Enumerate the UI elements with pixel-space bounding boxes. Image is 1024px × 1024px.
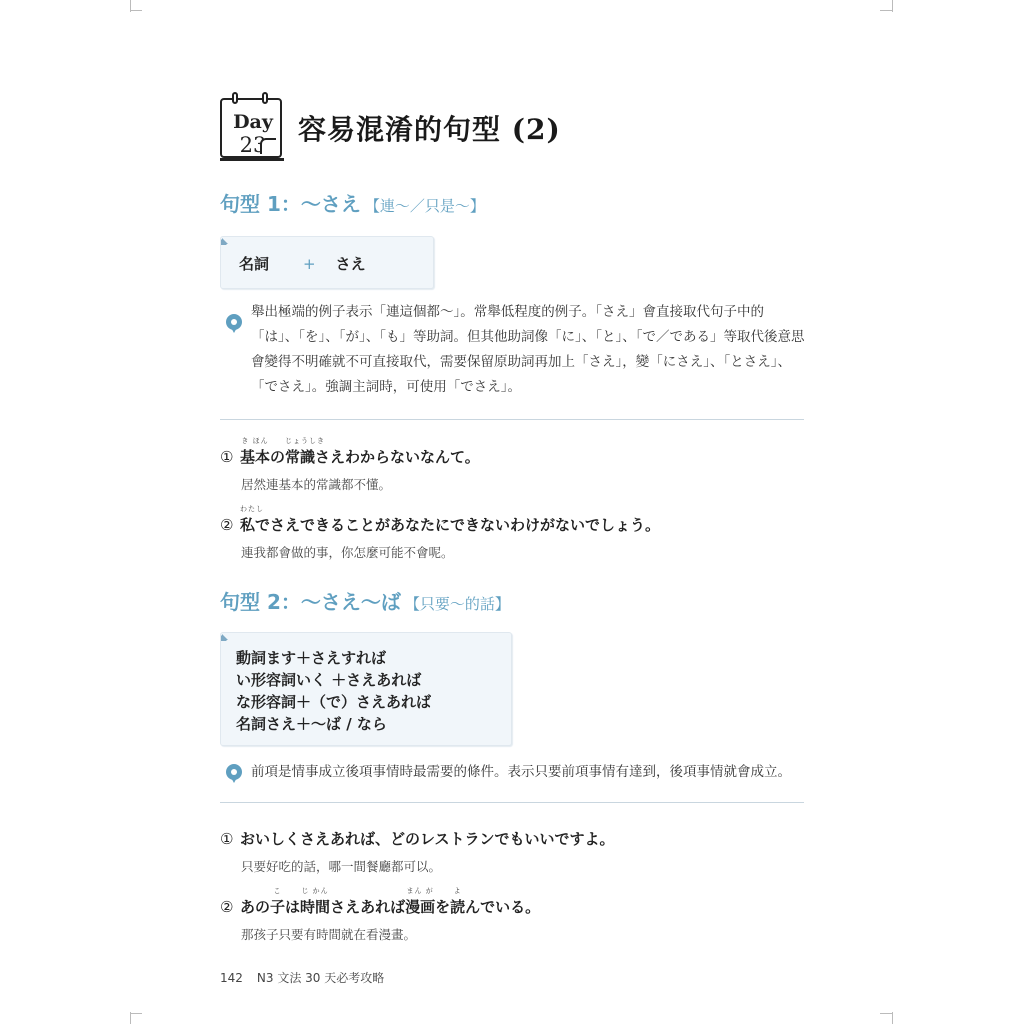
corner-triangle-icon <box>222 634 228 640</box>
ruby-word: 時間じ かん <box>300 896 330 917</box>
formula-right: さえ <box>336 255 366 273</box>
pattern-2-heading: 句型 2：～さえ～ば【只要～的話】 <box>220 586 510 615</box>
example-number: ② <box>220 516 240 534</box>
pattern-2-explanation: 前項是情事成立後項事情時最需要的條件。表示只要前項事情有達到，後項事情就會成立。 <box>251 760 811 785</box>
calendar-shadow <box>220 158 284 161</box>
day-calendar-badge: Day 23 <box>220 92 286 160</box>
crop-mark <box>880 10 892 11</box>
page-title: 容易混淆的句型 (2) <box>298 108 561 148</box>
ruby-word: 常識じょうしき <box>285 446 315 467</box>
crop-mark <box>892 0 905 12</box>
example-translation: 連我都會做的事，你怎麼可能不會呢。 <box>241 543 660 561</box>
crop-mark <box>880 1013 892 1014</box>
book-title: N3 文法 30 天必考攻略 <box>257 971 384 985</box>
location-pin-icon <box>226 764 242 786</box>
crop-mark <box>130 10 142 11</box>
pattern-2-title: 句型 2：～さえ～ば <box>220 590 401 614</box>
example-sentence: ②私わたしでさえできることがあなたにできないわけがないでしょう。 <box>220 514 660 535</box>
ruby-word: 私わたし <box>240 514 255 535</box>
pattern-2-example-1: ①おいしくさえあれば、どのレストランでもいいですよ。 只要好吃的話，哪一間餐廳都… <box>220 828 615 875</box>
formula-line: 名詞さえ＋～ば / なら <box>236 713 431 735</box>
formula-line: い形容詞いく ＋さえあれば <box>236 669 431 691</box>
ruby-word: 基本き ほん <box>240 446 270 467</box>
example-sentence: ①おいしくさえあれば、どのレストランでもいいですよ。 <box>220 828 615 849</box>
pattern-1-heading: 句型 1：～さえ【連～／只是～】 <box>220 188 485 217</box>
formula-line: 動詞ます＋さえすれば <box>236 647 431 669</box>
section-divider <box>220 419 804 420</box>
pattern-1-example-2: ②私わたしでさえできることがあなたにできないわけがないでしょう。 連我都會做的事… <box>220 514 660 561</box>
example-number: ② <box>220 898 240 916</box>
pattern-2-meaning: 【只要～的話】 <box>405 595 510 613</box>
pattern-1-example-1: ①基本き ほんの常識じょうしきさえわからないなんて。 居然連基本的常識都不懂。 <box>220 446 480 493</box>
page-curl-icon <box>260 138 276 154</box>
pattern-2-formula-box: 動詞ます＋さえすれば い形容詞いく ＋さえあれば な形容詞＋（で）さえあれば 名… <box>220 632 512 746</box>
ruby-word: 子こ <box>270 896 285 917</box>
ruby-word: 読よ <box>450 896 465 917</box>
ruby-word: 漫画まん が <box>405 896 435 917</box>
corner-triangle-icon <box>222 238 228 244</box>
formula-left: 名詞 <box>239 255 269 273</box>
formula-line: な形容詞＋（で）さえあれば <box>236 691 431 713</box>
pattern-1-meaning: 【連～／只是～】 <box>365 197 485 215</box>
section-divider <box>220 802 804 803</box>
example-sentence: ②あの子こは時間じ かんさえあれば漫画まん がを読よんでいる。 <box>220 896 540 917</box>
page-footer: 142N3 文法 30 天必考攻略 <box>220 969 384 986</box>
pattern-1-formula-box: 名詞+さえ <box>220 236 434 289</box>
pattern-1-explanation: 舉出極端的例子表示「連這個都～」。常舉低程度的例子。「さえ」會直接取代句子中的「… <box>251 300 811 400</box>
pattern-1-title: 句型 1：～さえ <box>220 192 361 216</box>
example-translation: 居然連基本的常識都不懂。 <box>241 475 480 493</box>
pattern-2-example-2: ②あの子こは時間じ かんさえあれば漫画まん がを読よんでいる。 那孩子只要有時間… <box>220 896 540 943</box>
example-number: ① <box>220 448 240 466</box>
calendar-ring-icon <box>232 92 238 104</box>
page-number: 142 <box>220 971 243 985</box>
example-translation: 那孩子只要有時間就在看漫畫。 <box>241 925 540 943</box>
example-sentence: ①基本き ほんの常識じょうしきさえわからないなんて。 <box>220 446 480 467</box>
example-number: ① <box>220 830 240 848</box>
calendar-icon: Day 23 <box>220 98 282 158</box>
crop-mark <box>892 1012 905 1024</box>
crop-mark <box>130 1013 142 1014</box>
plus-sign: + <box>303 255 316 273</box>
day-label: Day <box>222 112 284 132</box>
calendar-ring-icon <box>262 92 268 104</box>
location-pin-icon <box>226 314 242 336</box>
example-translation: 只要好吃的話，哪一間餐廳都可以。 <box>241 857 615 875</box>
